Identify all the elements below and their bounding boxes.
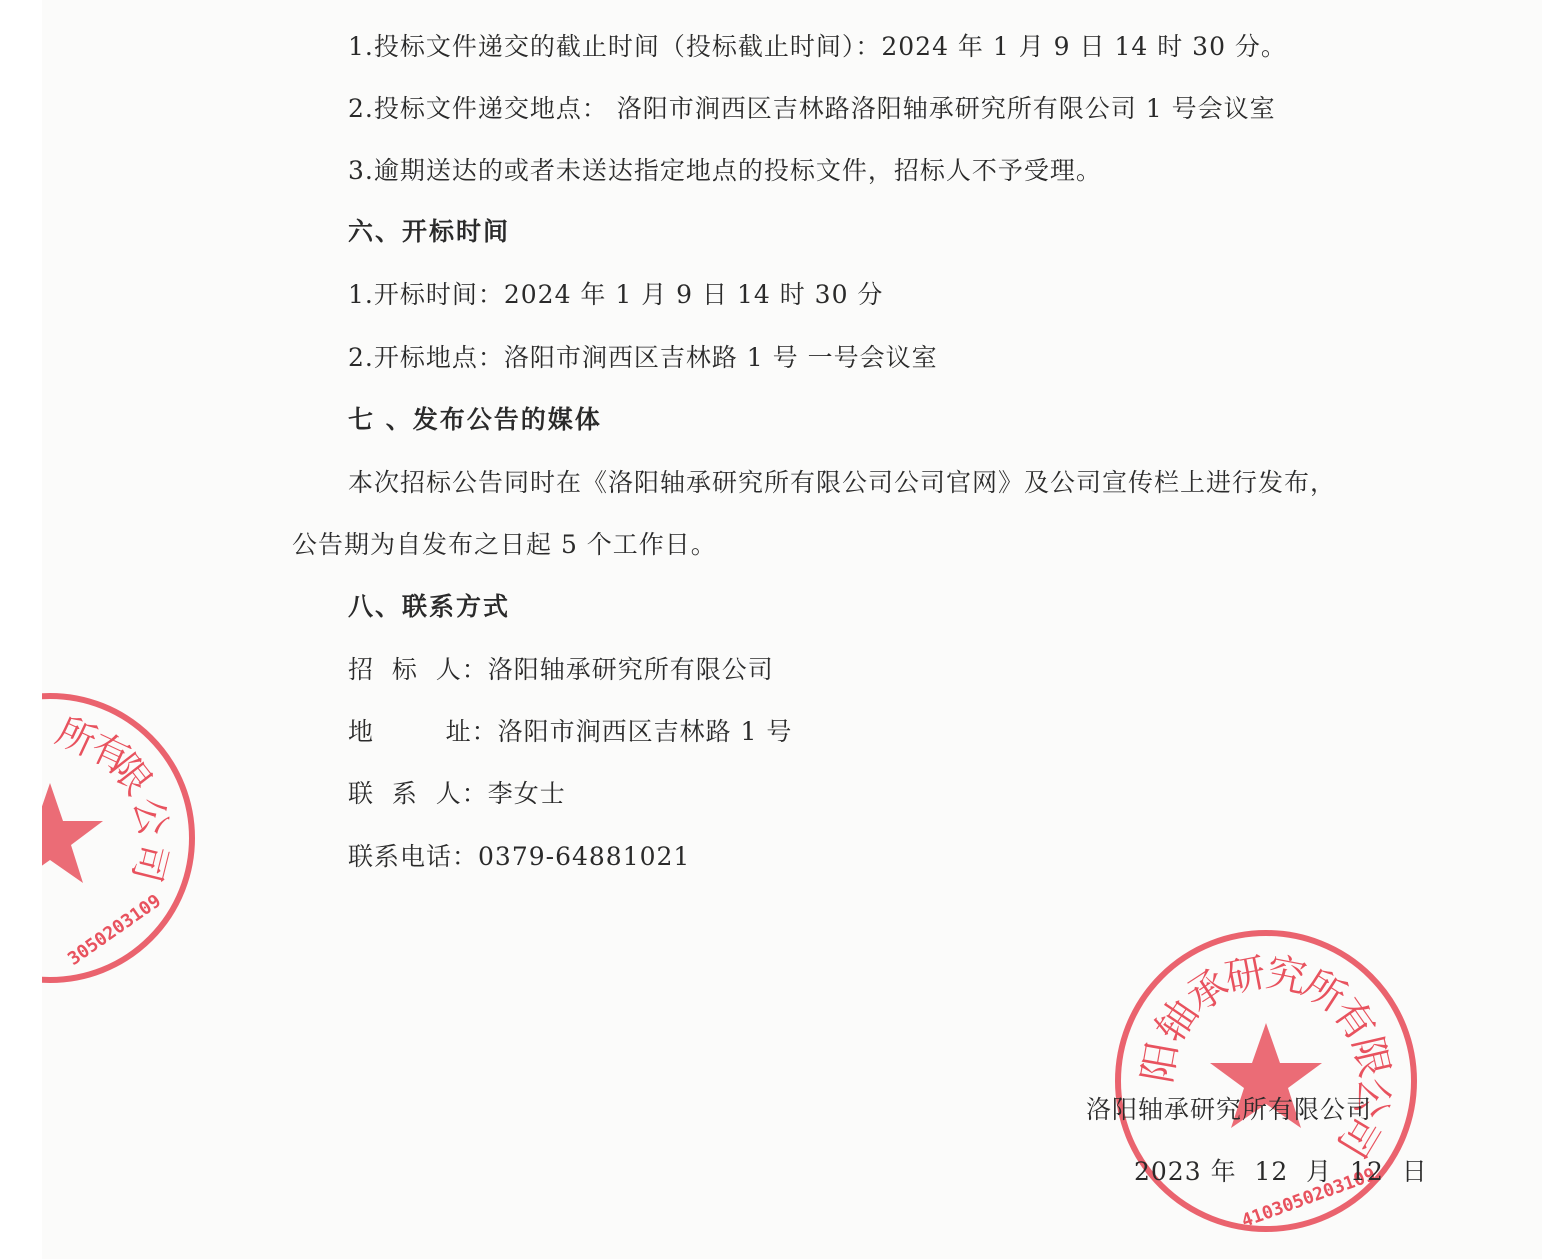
- svg-text:公: 公: [125, 793, 176, 839]
- section7-paragraph-line2: 公告期为自发布之日起 5 个工作日。: [292, 530, 717, 560]
- seal-icon: 所有 限 公 司 3050203109: [0, 688, 200, 988]
- section5-item-3: 3.逾期送达的或者未送达指定地点的投标文件，招标人不予受理。: [348, 156, 1102, 186]
- contact-value: 洛阳轴承研究所有限公司: [488, 655, 774, 684]
- svg-text:限: 限: [1343, 1032, 1397, 1081]
- contact-row-address: 地 址：洛阳市涧西区吉林路 1 号: [348, 717, 792, 747]
- contact-label: 联 系 人：: [348, 779, 488, 808]
- svg-text:阳: 阳: [1135, 1039, 1187, 1086]
- contact-row-person: 联 系 人：李女士: [348, 779, 566, 809]
- seal-code: 3050203109: [64, 890, 165, 969]
- svg-text:有: 有: [1323, 990, 1384, 1049]
- left-company-seal: 所有 限 公 司 3050203109: [0, 688, 200, 988]
- svg-text:限: 限: [102, 746, 160, 803]
- document-page: 1.投标文件递交的截止时间（投标截止时间）：2024 年 1 月 9 日 14 …: [42, 0, 1542, 1259]
- signature-date: 2023 年 12 月 12 日: [1134, 1157, 1428, 1187]
- section6-item-2: 2.开标地点：洛阳市涧西区吉林路 1 号 一号会议室: [348, 343, 938, 373]
- contact-label: 地 址：: [348, 717, 498, 746]
- contact-label: 联系电话：: [348, 842, 478, 871]
- svg-text:所: 所: [1295, 961, 1354, 1021]
- signature-company: 洛阳轴承研究所有限公司: [1086, 1095, 1372, 1125]
- seal-icon: 阳 轴 承 研 究 所 有 限 公 司 4103050203109: [1110, 925, 1422, 1237]
- svg-text:承: 承: [1178, 961, 1237, 1021]
- section6-item-1: 1.开标时间：2024 年 1 月 9 日 14 时 30 分: [348, 280, 883, 310]
- svg-text:研: 研: [1222, 950, 1270, 1003]
- section6-heading: 六、开标时间: [348, 217, 510, 247]
- contact-value: 洛阳市涧西区吉林路 1 号: [498, 717, 793, 746]
- section7-heading: 七 、发布公告的媒体: [348, 405, 602, 435]
- contact-label: 招 标 人：: [348, 655, 488, 684]
- section5-item-1: 1.投标文件递交的截止时间（投标截止时间）：2024 年 1 月 9 日 14 …: [348, 32, 1287, 62]
- contact-value: 0379-64881021: [478, 842, 690, 871]
- right-company-seal: 阳 轴 承 研 究 所 有 限 公 司 4103050203109: [1110, 925, 1422, 1237]
- section7-paragraph-line1: 本次招标公告同时在《洛阳轴承研究所有限公司公司官网》及公司宣传栏上进行发布，: [348, 468, 1336, 498]
- section5-item-2: 2.投标文件递交地点： 洛阳市涧西区吉林路洛阳轴承研究所有限公司 1 号会议室: [348, 94, 1276, 124]
- svg-text:轴: 轴: [1147, 992, 1208, 1051]
- svg-text:究: 究: [1262, 950, 1310, 1003]
- contact-row-phone: 联系电话：0379-64881021: [348, 842, 690, 872]
- contact-value: 李女士: [488, 779, 566, 808]
- svg-text:司: 司: [124, 839, 176, 887]
- contact-row-tenderer: 招 标 人：洛阳轴承研究所有限公司: [348, 655, 774, 685]
- section8-heading: 八、联系方式: [348, 592, 510, 622]
- seal-text: 所有: [50, 709, 137, 781]
